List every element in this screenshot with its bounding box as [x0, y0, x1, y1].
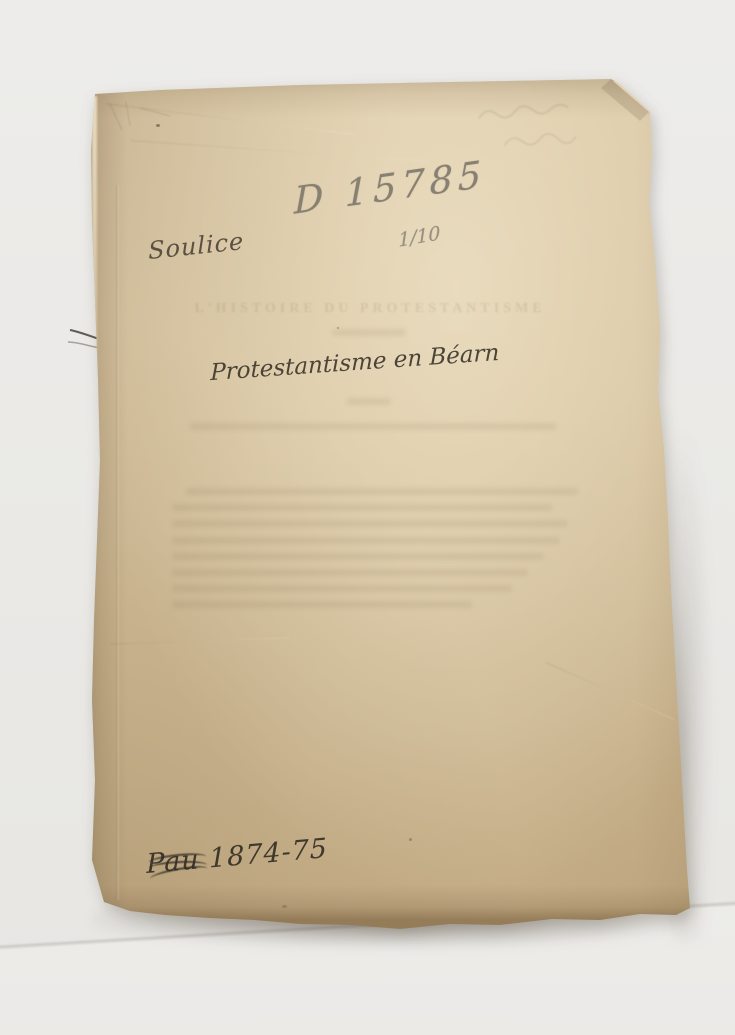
edge-scuff [282, 905, 287, 908]
left-edge-highlight [92, 96, 97, 516]
photograph: L'HISTOIRE DU PROTESTANTISME D 15785 1/1… [0, 0, 735, 1035]
ghost-print-line [172, 537, 560, 544]
ghost-print-line [172, 601, 472, 608]
vertical-crease [116, 185, 119, 900]
booklet: L'HISTOIRE DU PROTESTANTISME D 15785 1/1… [0, 0, 735, 1035]
ghost-print-line [172, 504, 552, 511]
ghost-printed-title: L'HISTOIRE DU PROTESTANTISME [178, 301, 562, 317]
ghost-print-line [347, 398, 391, 405]
ghost-print-line [186, 488, 578, 495]
ghost-print-line [190, 423, 556, 430]
ghost-print-line [332, 329, 406, 336]
ghost-print-line [172, 520, 568, 527]
ghost-print-line [172, 585, 512, 592]
pencil-scuff-marks [100, 96, 190, 146]
ghost-print-line [172, 553, 544, 560]
foxing-speck [409, 838, 412, 841]
booklet-front-cover: L'HISTOIRE DU PROTESTANTISME D 15785 1/1… [0, 0, 735, 1035]
ghost-print-line [172, 569, 528, 576]
